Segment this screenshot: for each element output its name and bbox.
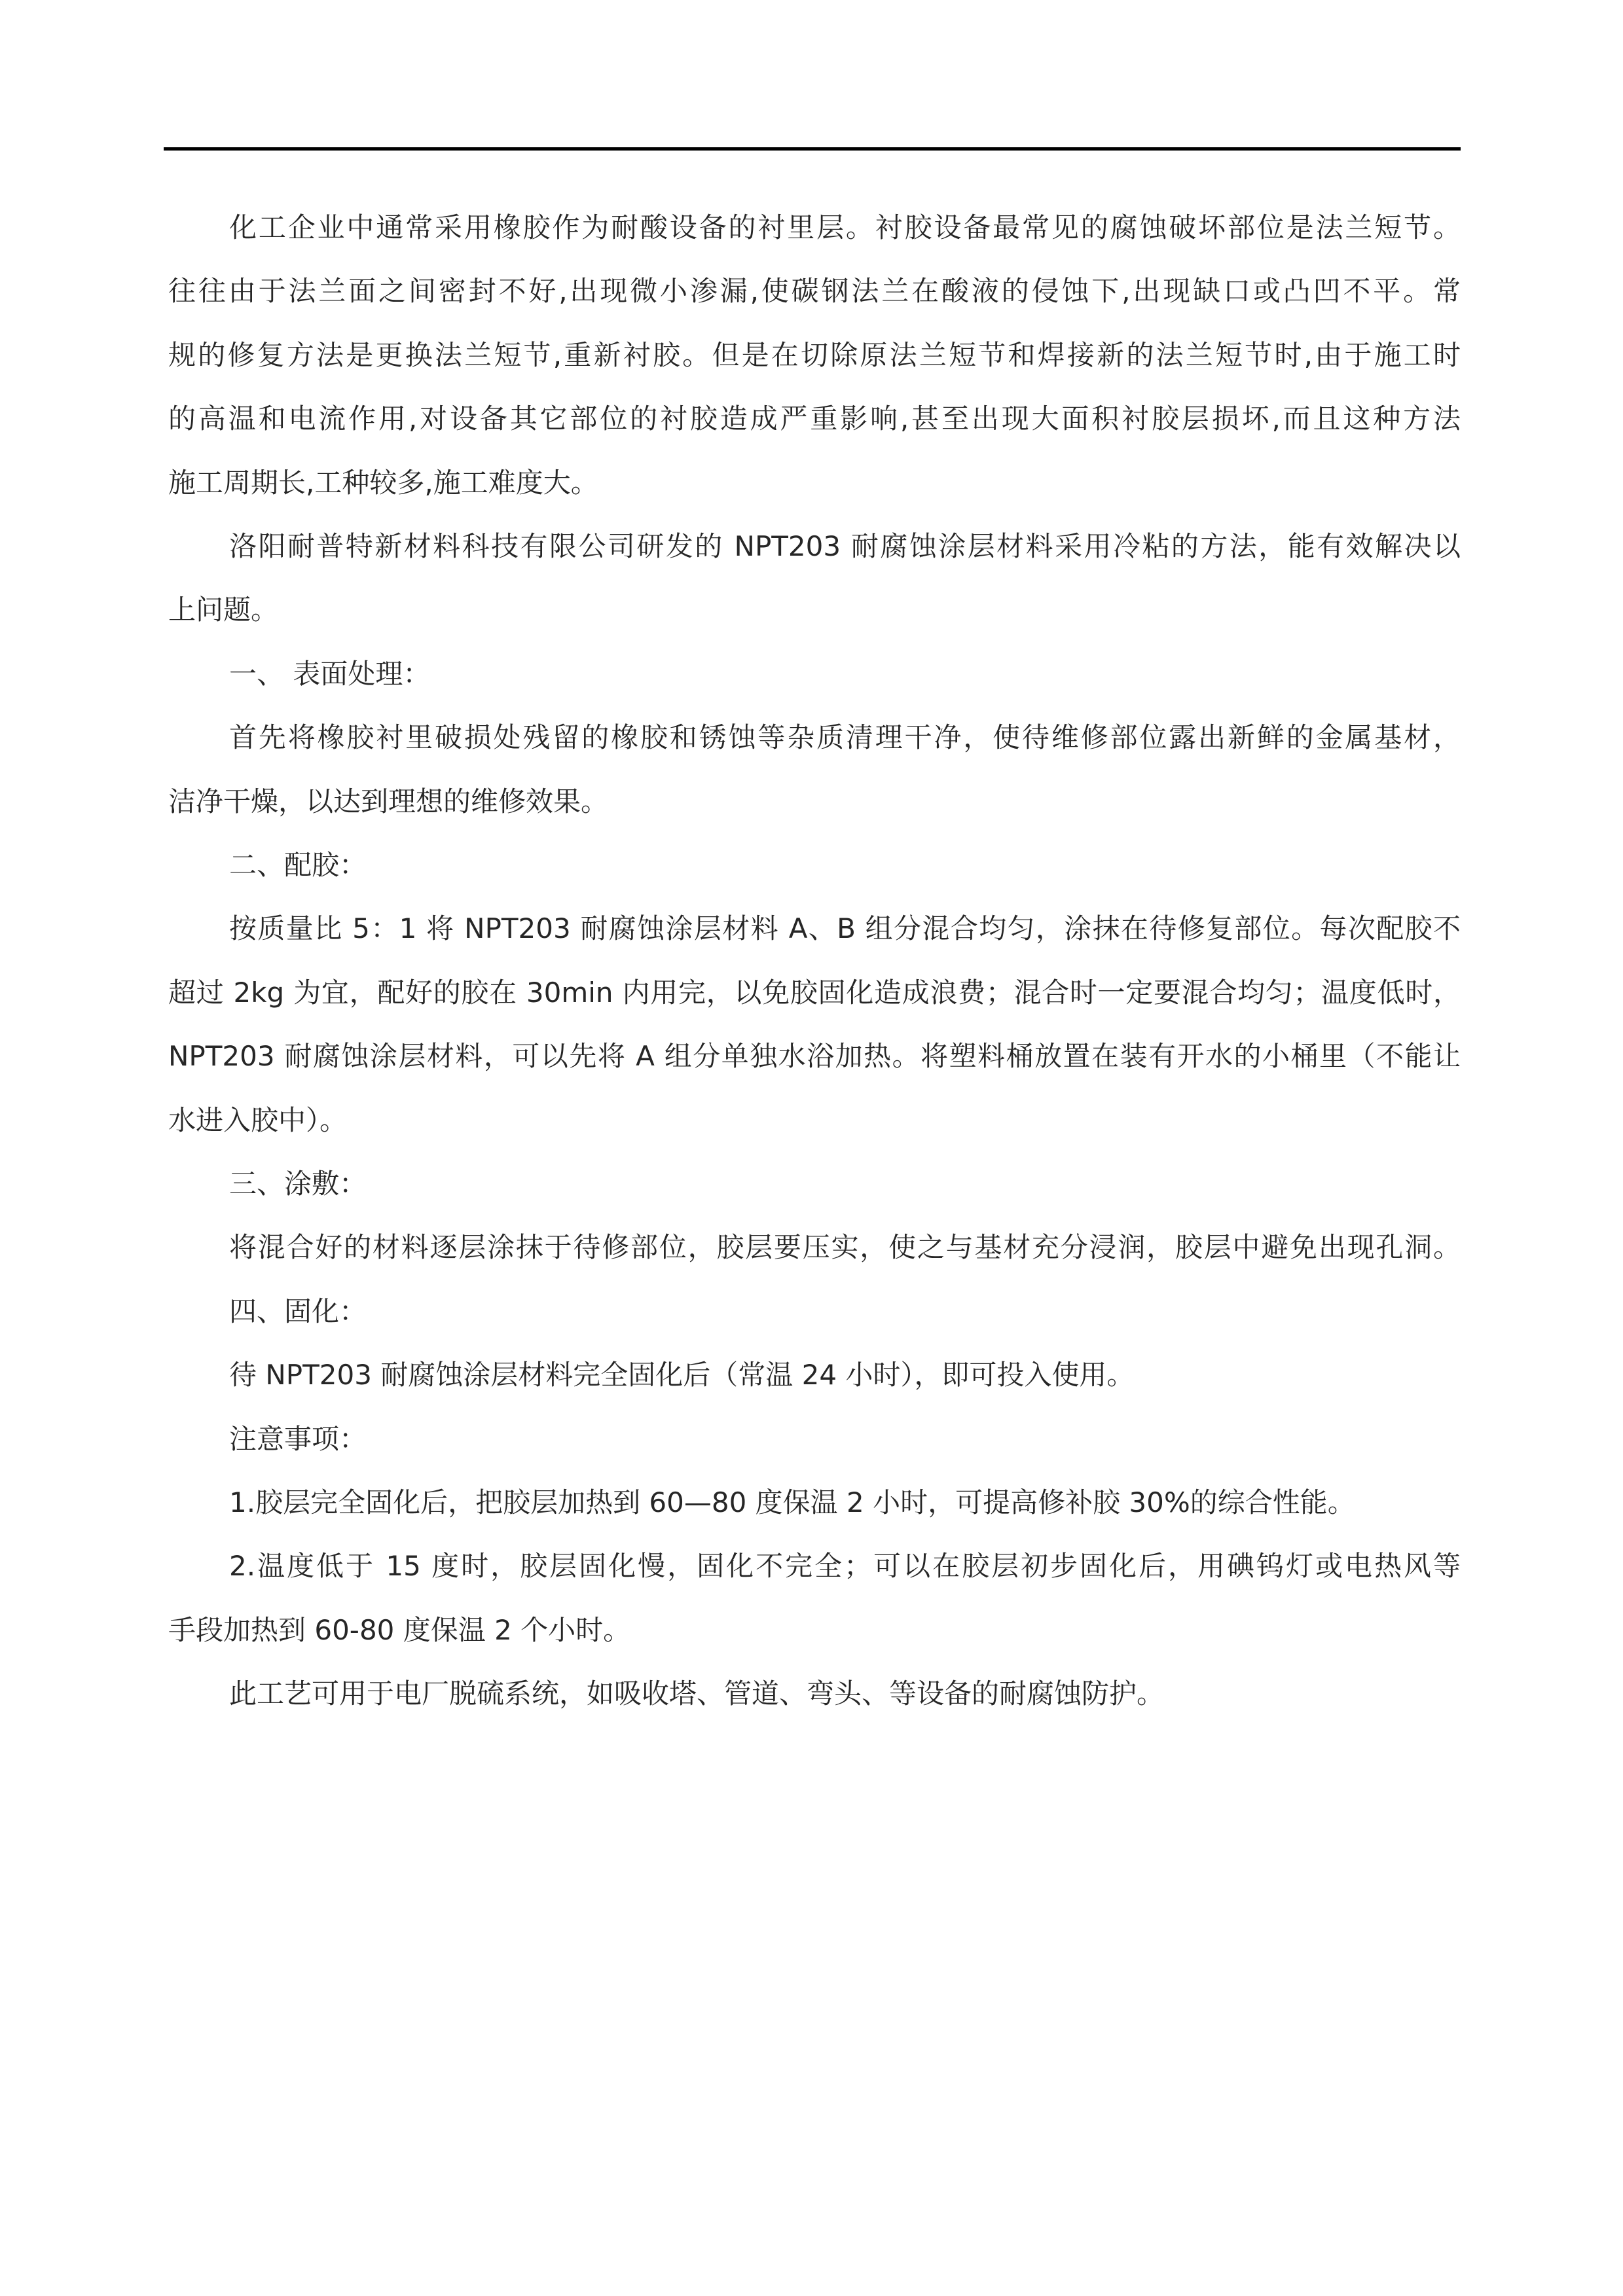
paragraph-line: 施工周期长,工种较多,施工难度大。 bbox=[168, 463, 1461, 503]
paragraph-line: 洁净干燥，以达到理想的维修效果。 bbox=[168, 782, 1461, 821]
paragraph-line: 超过 2kg 为宜，配好的胶在 30min 内用完，以免胶固化造成浪费；混合时一… bbox=[168, 973, 1461, 1013]
note-item: 1.胶层完全固化后，把胶层加热到 60—80 度保温 2 小时，可提高修补胶 3… bbox=[229, 1483, 1461, 1522]
header-rule bbox=[164, 147, 1461, 151]
paragraph-line: 的高温和电流作用,对设备其它部位的衬胶造成严重影响,甚至出现大面积衬胶层损坏,而… bbox=[168, 399, 1461, 439]
paragraph-line: 往往由于法兰面之间密封不好,出现微小渗漏,使碳钢法兰在酸液的侵蚀下,出现缺口或凸… bbox=[168, 272, 1461, 311]
paragraph-line: 手段加热到 60-80 度保温 2 个小时。 bbox=[168, 1611, 1461, 1650]
paragraph-line: 水进入胶中）。 bbox=[168, 1101, 1461, 1140]
section-heading-surface-treatment: 一、 表面处理： bbox=[229, 655, 1461, 694]
paragraph-line: 化工企业中通常采用橡胶作为耐酸设备的衬里层。衬胶设备最常见的腐蚀破坏部位是法兰短… bbox=[229, 208, 1461, 247]
notes-heading: 注意事项： bbox=[229, 1420, 1461, 1459]
section-heading-curing: 四、固化： bbox=[229, 1292, 1461, 1331]
paragraph-line: NPT203 耐腐蚀涂层材料，可以先将 A 组分单独水浴加热。将塑料桶放置在装有… bbox=[168, 1037, 1461, 1076]
paragraph-line: 洛阳耐普特新材料科技有限公司研发的 NPT203 耐腐蚀涂层材料采用冷粘的方法，… bbox=[229, 527, 1461, 566]
paragraph-line: 此工艺可用于电厂脱硫系统，如吸收塔、管道、弯头、等设备的耐腐蚀防护。 bbox=[229, 1674, 1461, 1713]
paragraph-line: 将混合好的材料逐层涂抹于待修部位，胶层要压实，使之与基材充分浸润，胶层中避免出现… bbox=[229, 1228, 1461, 1267]
paragraph-line: 规的修复方法是更换法兰短节,重新衬胶。但是在切除原法兰短节和焊接新的法兰短节时,… bbox=[168, 336, 1461, 375]
section-heading-coating: 三、涂敷： bbox=[229, 1164, 1461, 1204]
paragraph-line: 首先将橡胶衬里破损处残留的橡胶和锈蚀等杂质清理干净，使待维修部位露出新鲜的金属基… bbox=[229, 718, 1461, 757]
paragraph-line: 上问题。 bbox=[168, 590, 1461, 630]
paragraph-line: 按质量比 5：1 将 NPT203 耐腐蚀涂层材料 A、B 组分混合均匀，涂抹在… bbox=[229, 909, 1461, 948]
paragraph-line: 待 NPT203 耐腐蚀涂层材料完全固化后（常温 24 小时），即可投入使用。 bbox=[229, 1355, 1461, 1395]
section-heading-mixing: 二、配胶： bbox=[229, 846, 1461, 885]
note-item: 2.温度低于 15 度时，胶层固化慢，固化不完全；可以在胶层初步固化后，用碘钨灯… bbox=[229, 1547, 1461, 1586]
